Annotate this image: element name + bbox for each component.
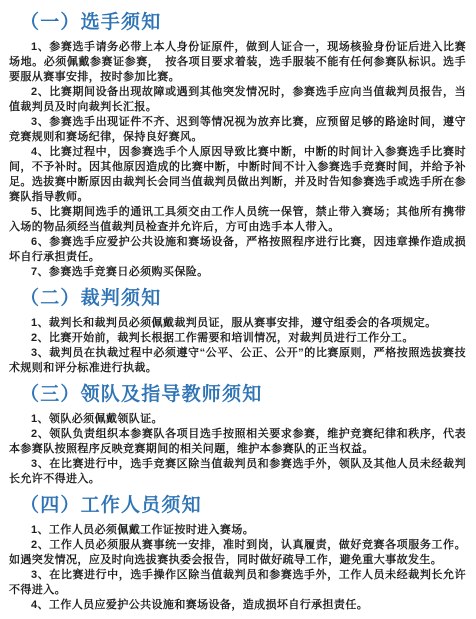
notice-item: 2、领队负责组织本参赛队各项目选手按照相关要求参赛，维护竞赛纪律和秩序，代表本参… (9, 427, 466, 457)
notice-section: （四）工作人员须知 1、工作人员必须佩戴工作证按时进入赛场。2、工作人员必须服从… (9, 493, 466, 613)
section-heading: （一）选手须知 (20, 10, 466, 35)
notice-item: 1、参赛选手请务必带上本人身份证原件，做到人证合一，现场核验身份证后进入比赛场地… (9, 40, 466, 85)
notice-item: 3、参赛选手出现证件不齐、迟到等情况视为放弃比赛，应预留足够的路途时间，遵守竞赛… (9, 115, 466, 145)
notice-section: （一）选手须知 1、参赛选手请务必带上本人身份证原件，做到人证合一，现场核验身份… (9, 10, 466, 280)
notice-item: 3、在比赛进行中，选手操作区除当值裁判员和参赛选手外，工作人员未经裁判长允许不得… (9, 568, 466, 598)
notice-item: 1、工作人员必须佩戴工作证按时进入赛场。 (9, 523, 466, 538)
notice-item: 3、在比赛进行中，选手竞赛区除当值裁判员和参赛选手外，领队及其他人员未经裁判长允… (9, 457, 466, 487)
document-page: （一）选手须知 1、参赛选手请务必带上本人身份证原件，做到人证合一，现场核验身份… (0, 0, 476, 619)
notice-item: 3、裁判员在执裁过程中必须遵守“公平、公正、公开”的比赛原则，严格按照选拔赛技术… (9, 346, 466, 376)
section-heading: （三）领队及指导教师须知 (20, 382, 466, 407)
notice-item: 6、参赛选手应爱护公共设施和赛场设备，严格按照程序进行比赛，因违章操作造成损坏自… (9, 235, 466, 265)
section-body: 1、领队必须佩戴领队证。2、领队负责组织本参赛队各项目选手按照相关要求参赛，维护… (9, 412, 466, 487)
notice-item: 2、工作人员必须服从赛事统一安排，准时到岗，认真履责，做好竞赛各项服务工作。如遇… (9, 538, 466, 568)
notice-item: 5、比赛期间选手的通讯工具须交由工作人员统一保管，禁止带入赛场；其他所有携带入场… (9, 205, 466, 235)
section-body: 1、参赛选手请务必带上本人身份证原件，做到人证合一，现场核验身份证后进入比赛场地… (9, 40, 466, 280)
section-body: 1、工作人员必须佩戴工作证按时进入赛场。2、工作人员必须服从赛事统一安排，准时到… (9, 523, 466, 613)
notice-item: 2、比赛开始前，裁判长根据工作需要和培训情况，对裁判员进行工作分工。 (9, 331, 466, 346)
notice-item: 1、领队必须佩戴领队证。 (9, 412, 466, 427)
notice-item: 4、比赛过程中，因参赛选手个人原因导致比赛中断，中断的时间计入参赛选手比赛时间，… (9, 145, 466, 205)
notice-item: 1、裁判长和裁判员必须佩戴裁判员证，服从赛事安排，遵守组委会的各项规定。 (9, 316, 466, 331)
notice-item: 4、工作人员应爱护公共设施和赛场设备，造成损坏自行承担责任。 (9, 598, 466, 613)
notice-section: （二）裁判须知 1、裁判长和裁判员必须佩戴裁判员证，服从赛事安排，遵守组委会的各… (9, 286, 466, 376)
notice-item: 2、比赛期间设备出现故障或遇到其他突发情况时，参赛选手应向当值裁判员报告，当值裁… (9, 85, 466, 115)
section-heading: （二）裁判须知 (20, 286, 466, 311)
notice-item: 7、参赛选手竞赛日必须购买保险。 (9, 265, 466, 280)
notice-section: （三）领队及指导教师须知 1、领队必须佩戴领队证。2、领队负责组织本参赛队各项目… (9, 382, 466, 487)
section-body: 1、裁判长和裁判员必须佩戴裁判员证，服从赛事安排，遵守组委会的各项规定。2、比赛… (9, 316, 466, 376)
section-heading: （四）工作人员须知 (20, 493, 466, 518)
